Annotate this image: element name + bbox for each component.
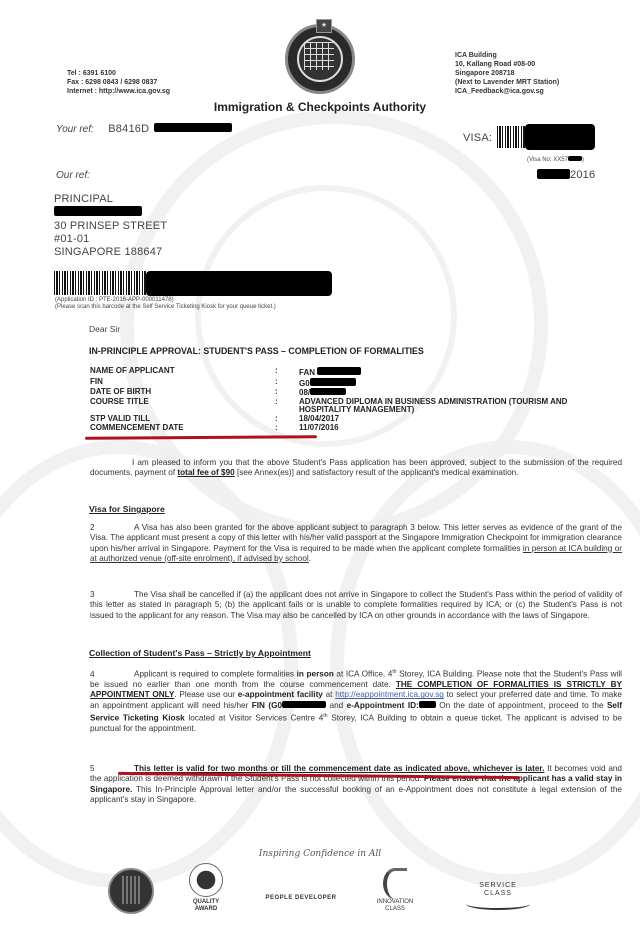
application-barcode (54, 271, 332, 296)
field-label: COMMENCEMENT DATE (90, 424, 275, 433)
redaction (310, 378, 356, 386)
field-label: NAME OF APPLICANT (90, 367, 275, 378)
subject-heading: IN-PRINCIPLE APPROVAL: STUDENT'S PASS – … (89, 346, 424, 356)
letter-date: 2016 (537, 165, 595, 183)
validity-text: This letter is valid for two months or t… (134, 764, 544, 773)
redaction (146, 271, 332, 296)
your-ref: Your ref: B8416D (56, 119, 232, 137)
address-block: PRINCIPAL 30 PRINSEP STREET #01-01 SINGA… (54, 193, 167, 259)
feedback-email: ICA_Feedback@ica.gov.sg (455, 87, 559, 96)
redaction (525, 124, 595, 150)
your-ref-value: B8416D (108, 123, 149, 135)
redaction (419, 701, 436, 708)
redaction (154, 123, 232, 132)
field-row: NAME OF APPLICANT:FAN (90, 367, 619, 378)
people-developer-logo-icon: PEOPLE DEVELOPER (256, 895, 346, 901)
visa-no-text: (Visa No: XX57 (527, 157, 568, 163)
e-appointment-facility-text: e-appointment facility (238, 690, 323, 699)
service-class-logo-icon: SERVICE CLASS (463, 868, 533, 910)
paragraph-number: 2 (90, 523, 134, 533)
field-label: COURSE TITLE (90, 398, 275, 415)
redaction (310, 388, 346, 395)
address-line: PRINCIPAL (54, 193, 167, 206)
paragraph-1: I am pleased to inform you that the abov… (90, 458, 622, 479)
collection-heading-text: Collection of Student's Pass – Strictly … (89, 648, 311, 658)
visa-barcode-icon (497, 126, 525, 148)
tagline: Inspiring Confidence in All (0, 849, 640, 859)
paragraph-2: 2A Visa has also been granted for the ab… (90, 523, 622, 564)
barcode-caption: (Application ID : PTE-2016-APP-000011478… (55, 297, 276, 311)
field-value: 18/04/2017 (299, 415, 619, 424)
your-ref-label: Your ref: (56, 124, 94, 135)
visa-no: (Visa No: XX57) (527, 156, 584, 164)
barcode-icon (54, 271, 146, 295)
innovation-class-logo-icon: INNOVATION CLASS (370, 868, 420, 913)
contact-right: ICA Building 10, Kallang Road #08-00 Sin… (455, 51, 559, 96)
collection-heading: Collection of Student's Pass – Strictly … (89, 648, 311, 658)
address-line (54, 206, 167, 220)
visa-heading-text: Visa for Singapore (89, 504, 165, 514)
e-appointment-id-text: e-Appointment ID: (347, 701, 419, 710)
field-row: FIN:G0 (90, 378, 619, 389)
fax-text: Fax : 6298 0843 / 6298 0837 (67, 78, 170, 87)
redaction (54, 206, 142, 216)
field-row: COMMENCEMENT DATE:11/07/2016 (90, 424, 619, 433)
visa-label: VISA: (463, 132, 492, 144)
mrt-text: (Next to Lavender MRT Station) (455, 78, 559, 87)
logo-text: QUALITY AWARD (186, 899, 226, 913)
p2-text: . (309, 554, 311, 563)
address-line: #01-01 (54, 233, 167, 246)
tel-text: Tel : 6391 6100 (67, 69, 170, 78)
ica-crest-seal-icon: ★ (285, 24, 355, 94)
visa-heading: Visa for Singapore (89, 504, 165, 514)
salutation: Dear Sir (89, 324, 120, 334)
fin-text: FIN (G0 (252, 701, 282, 710)
applicant-details: NAME OF APPLICANT:FAN FIN:G0 DATE OF BIR… (90, 367, 619, 432)
fee-text: total fee of $90 (177, 468, 234, 477)
field-value: G0 (299, 379, 310, 388)
p1-text: [see Annex(es)] and satisfactory result … (235, 468, 519, 477)
singapore-quality-award-logo-icon: QUALITY AWARD (186, 863, 226, 913)
ministry-of-home-affairs-logo-icon (108, 868, 154, 914)
visa-no-close: ) (582, 157, 584, 163)
paragraph-number: 4 (90, 670, 134, 680)
paragraph-number: 3 (90, 590, 134, 600)
postal-text: Singapore 208718 (455, 69, 559, 78)
field-value: FAN (299, 368, 315, 377)
application-id: (Application ID : PTE-2016-APP-000011478… (55, 297, 276, 304)
building-text: ICA Building (455, 51, 559, 60)
redaction (317, 367, 361, 375)
visa-barcode: VISA: (463, 124, 595, 150)
address-line: 30 PRINSEP STREET (54, 220, 167, 233)
in-person-text: in person (297, 670, 334, 679)
logo-text: PEOPLE DEVELOPER (256, 895, 346, 901)
p3-text: The Visa shall be cancelled if (a) the a… (90, 590, 622, 620)
redaction (537, 169, 570, 179)
our-ref-label: Our ref: (56, 170, 90, 181)
date-year: 2016 (570, 169, 595, 181)
logo-text: INNOVATION CLASS (370, 899, 420, 913)
paragraph-3: 3The Visa shall be cancelled if (a) the … (90, 590, 622, 621)
address-line: SINGAPORE 188647 (54, 246, 167, 259)
barcode-note: (Please scan this barcode at the Self Se… (55, 304, 276, 311)
field-value: 08/ (299, 388, 310, 397)
redaction (568, 156, 582, 161)
field-row: COURSE TITLE:ADVANCED DIPLOMA IN BUSINES… (90, 398, 619, 415)
street-text: 10, Kallang Road #08-00 (455, 60, 559, 69)
internet-text: Internet : http://www.ica.gov.sg (67, 87, 170, 96)
contact-left: Tel : 6391 6100 Fax : 6298 0843 / 6298 0… (67, 69, 170, 96)
redaction (282, 701, 326, 708)
field-value: ADVANCED DIPLOMA IN BUSINESS ADMINISTRAT… (299, 398, 619, 415)
authority-title: Immigration & Checkpoints Authority (0, 100, 640, 114)
field-value: 11/07/2016 (299, 424, 619, 433)
logo-text: SERVICE CLASS (478, 882, 518, 898)
eappointment-link[interactable]: http://eappointment.ica.gov.sg (335, 690, 444, 699)
paragraph-5: 5This letter is valid for two months or … (90, 764, 622, 805)
paragraph-4: 4Applicant is required to complete forma… (90, 667, 622, 734)
